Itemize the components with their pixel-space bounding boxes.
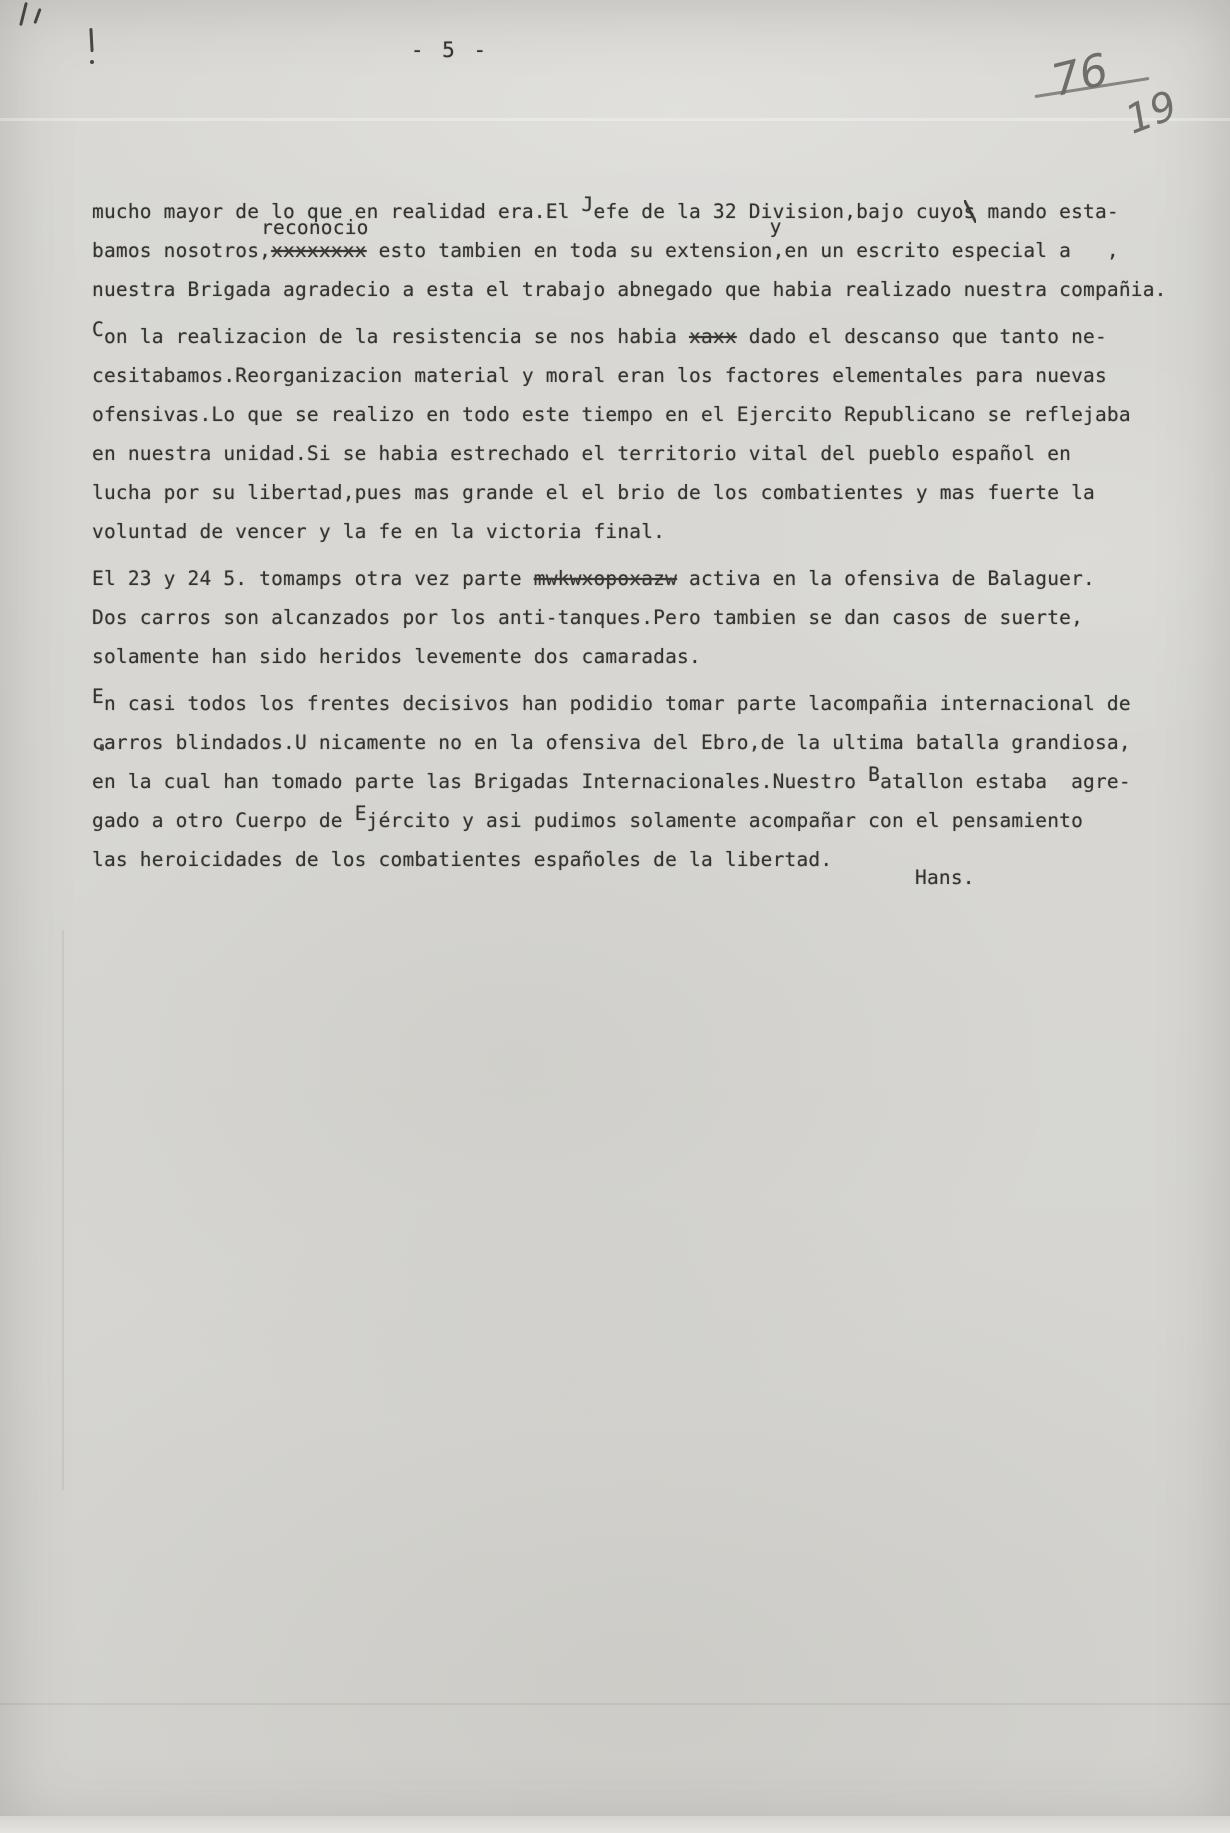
text-line: en nuestra unidad.Si se habia estrechado… — [92, 434, 1212, 473]
paragraph-4: En casi todos los frentes decisivos han … — [92, 684, 1212, 879]
raised-letter: C — [92, 318, 104, 341]
paragraph-1: mucho mayor de lo que en realidad era.El… — [92, 192, 1212, 309]
pencil-number-bottom: 19 — [1119, 82, 1183, 143]
text-run: solamente han sido heridos levemente dos… — [92, 645, 701, 668]
text-run: cesitabamos.Reorganizacion material y mo… — [92, 364, 1107, 387]
raised-letter: J — [582, 193, 594, 216]
correction-group: y,en un escrito especial a , — [773, 239, 1119, 262]
correction-group: reconocioxxxxxxxx — [271, 239, 367, 262]
paragraph-3: El 23 y 24 5. tomamps otra vez parte mwk… — [92, 559, 1212, 676]
scanned-typewritten-page: { "doc": { "header": "- 5 -", "pencil_to… — [0, 0, 1230, 1833]
text-run: carros blindados.U nicamente no en la of… — [92, 731, 1131, 754]
text-run: El 23 y 24 5. tomamps otra vez parte — [92, 567, 534, 590]
text-run: activa en la ofensiva de Balaguer. — [677, 567, 1095, 590]
signature: Hans. — [915, 866, 975, 889]
struck-word: xxxxxxxx — [271, 239, 367, 262]
pencil-number-top: 76 — [1047, 44, 1114, 107]
text-run: gado a otro Cuerpo de — [92, 809, 355, 832]
text-run: en la cual han tomado parte las Brigadas… — [92, 770, 868, 793]
text-run: bamos nosotros, — [92, 239, 271, 262]
text-line: mucho mayor de lo que en realidad era.El… — [92, 192, 1212, 231]
text-run: Dos carros son alcanzados por los anti-t… — [92, 606, 1083, 629]
paper-crease — [0, 118, 1230, 121]
paragraph-2: Con la realizacion de la resistencia se … — [92, 317, 1212, 551]
raised-letter: E — [355, 802, 367, 825]
struck-word: mwkwxopoxazw — [534, 567, 677, 590]
text-run: ofensivas.Lo que se realizo en todo este… — [92, 403, 1131, 426]
text-run: nuestra Brigada agradecio a esta el trab… — [92, 278, 1167, 301]
text-run: on la realizacion de la resistencia se n… — [104, 325, 689, 348]
text-line: las heroicidades de los combatientes esp… — [92, 840, 1212, 879]
text-line: en la cual han tomado parte las Brigadas… — [92, 762, 1212, 801]
text-line: bamos nosotros,reconocioxxxxxxxx esto ta… — [92, 231, 1212, 270]
inserted-letter: y — [770, 215, 782, 238]
raised-letter: B — [868, 763, 880, 786]
text-line: ofensivas.Lo que se realizo en todo este… — [92, 395, 1212, 434]
text-line: solamente han sido heridos levemente dos… — [92, 637, 1212, 676]
text-run: las heroicidades de los combatientes esp… — [92, 848, 832, 871]
text-line: cesitabamos.Reorganizacion material y mo… — [92, 356, 1212, 395]
text-line: gado a otro Cuerpo de Ejército y asi pud… — [92, 801, 1212, 840]
text-run: voluntad de vencer y la fe en la victori… — [92, 520, 665, 543]
text-run: atallon estaba agre- — [880, 770, 1131, 793]
text-run: en nuestra unidad.Si se habia estrechado… — [92, 442, 1071, 465]
text-line: En casi todos los frentes decisivos han … — [92, 684, 1212, 723]
inserted-word: reconocio — [261, 216, 368, 239]
text-line: carros blindados.U nicamente no en la of… — [92, 723, 1212, 762]
raised-letter: E — [92, 685, 104, 708]
text-line: Dos carros son alcanzados por los anti-t… — [92, 598, 1212, 637]
text-line: nuestra Brigada agradecio a esta el trab… — [92, 270, 1212, 309]
text-run: dado el descanso que tanto ne- — [737, 325, 1107, 348]
page-number-header: - 5 - — [0, 38, 900, 62]
typewritten-body: mucho mayor de lo que en realidad era.El… — [92, 192, 1212, 887]
text-line: voluntad de vencer y la fe en la victori… — [92, 512, 1212, 551]
paper-crease — [62, 930, 64, 1490]
ink-tick-mark — [19, 2, 28, 26]
text-line: El 23 y 24 5. tomamps otra vez parte mwk… — [92, 559, 1212, 598]
struck-word: xaxx — [689, 325, 737, 348]
text-run: ,en un escrito especial a , — [773, 239, 1119, 262]
text-run: n casi todos los frentes decisivos han p… — [104, 692, 1131, 715]
paper-crease — [0, 1703, 1230, 1705]
text-line: Con la realizacion de la resistencia se … — [92, 317, 1212, 356]
slashed-letter: s — [964, 200, 976, 223]
text-run: mando esta- — [976, 200, 1119, 223]
ink-tick-mark — [33, 8, 41, 24]
text-line: lucha por su libertad,pues mas grande el… — [92, 473, 1212, 512]
scan-edge — [0, 1816, 1230, 1833]
text-run: jército y asi pudimos solamente acompaña… — [367, 809, 1083, 832]
text-run: esto tambien en toda su extension — [367, 239, 773, 262]
text-run: lucha por su libertad,pues mas grande el… — [92, 481, 1095, 504]
